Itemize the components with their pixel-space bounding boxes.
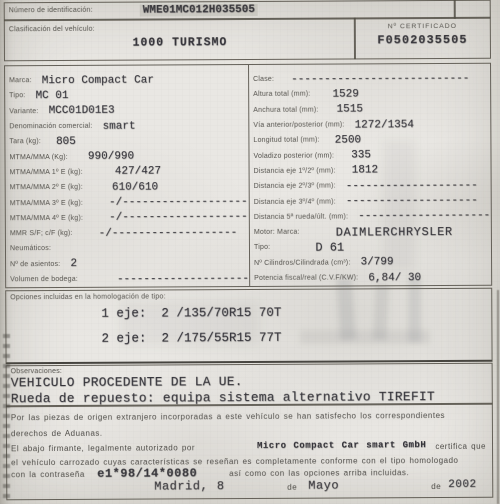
specs-left-column: Marca: Micro Compact Car Tipo: MC 01 Var… (5, 65, 249, 287)
spec-row: Distancia eje 1º/2º (mm): 1812 (250, 163, 491, 180)
spec-value: MC 01 (35, 90, 68, 102)
spec-value: -/------------------- (99, 227, 238, 240)
certificate-number-box: Nº CERTIFICADO F0502035505 (354, 17, 491, 60)
specs-right-column: Clase: --------------------------- Altur… (248, 64, 491, 286)
option-line: 2 eje: 2 /175/55R15 77T (101, 326, 281, 352)
approval-text-pre: con la contraseña (11, 470, 85, 479)
spec-label: MTMA/MMA 4º E (kg): (10, 215, 83, 222)
options-lines: 1 eje: 2 /135/70R15 70T 2 eje: 2 /175/55… (101, 301, 281, 352)
place-and-day: Madrid, 8 (154, 479, 224, 493)
date-preposition-1: de (287, 483, 297, 492)
declaration-box: Por las piezas de origen extranjero inco… (6, 403, 493, 501)
spec-row: Nº de asientos: 2 (6, 256, 249, 273)
scanned-vehicle-certificate: Número de identificación: WME01MC012H035… (0, 0, 500, 504)
spec-value: 805 (56, 136, 76, 148)
spec-value: -------------------- (117, 273, 249, 286)
spec-label: Distancia eje 2º/3º (mm): (254, 183, 336, 190)
authorization-text-pre: El abajo firmante, legalmente autorizado… (11, 443, 195, 453)
spec-label: Vía anterior/posterior (mm): (253, 122, 344, 129)
spec-label: Nº Cilindros/Cilindrada (cm³): (254, 259, 351, 267)
spec-row: Nº Cilindros/Cilindrada (cm³): 3/799 (250, 254, 491, 271)
scan-edge-vertical-marks (3, 330, 10, 498)
spec-label: MTMA/MMA (Kg): (9, 154, 67, 161)
date-line: Madrid, 8 de Mayo de 2002 (11, 481, 488, 483)
spec-label: Tara (kg): (9, 138, 41, 145)
spec-value: 1529 (332, 88, 358, 100)
observations-box: Observaciones: VEHICULO PROCEDENTE DE LA… (6, 363, 493, 408)
spec-value: DAIMLERCHRYSLER (336, 225, 453, 240)
spec-row: Altura total (mm): 1529 (249, 86, 490, 103)
spec-value: --------------------------- (291, 72, 469, 85)
spec-label: Neumáticos: (10, 245, 51, 252)
spec-label: Distancia eje 1º/2º (mm): (254, 167, 336, 174)
spec-row: Tipo: MC 01 (5, 87, 248, 104)
spec-value: 2500 (335, 134, 361, 146)
scan-right-edge-line (497, 290, 499, 504)
spec-label: Tipo: (254, 244, 270, 251)
customs-line-2: derechos de Aduanas. (11, 427, 488, 438)
spec-row: Anchura total (mm): 1515 (249, 101, 490, 118)
spec-value: smart (103, 120, 136, 132)
spec-value: 1272/1354 (354, 119, 413, 131)
spec-value: 6,84/ 30 (368, 272, 421, 284)
spec-row: Longitud total (mm): 2500 (249, 132, 490, 149)
spec-value: -------------------- (346, 195, 478, 208)
spec-row: MTMA/MMA 4º E (kg): -/------------------… (6, 210, 249, 227)
spec-value: 610/610 (112, 181, 158, 193)
spec-label: Clase: (253, 76, 274, 83)
spec-value: 427/427 (115, 166, 161, 178)
spec-value: D 61 (315, 240, 344, 254)
spec-row: Voladizo posterior (mm): 335 (249, 147, 490, 164)
classification-label: Clasificación del vehículo: (9, 26, 95, 33)
spec-label: MTMA/MMA 1º E (kg): (10, 169, 83, 176)
options-label: Opciones incluidas en la homologación de… (10, 293, 166, 301)
spec-value: 2 (70, 258, 77, 270)
spec-label: MTMA/MMA 2º E (kg): (10, 184, 83, 191)
spec-value: -------------------- (358, 210, 490, 223)
spec-row: Vía anterior/posterior (mm): 1272/1354 (249, 117, 490, 134)
spec-label: Potencia fiscal/real (C.V.F/KW): (254, 274, 358, 282)
spec-row: Distancia eje 2º/3º (mm): --------------… (250, 178, 491, 195)
spec-label: Distancia 5ª rueda/últ. (mm): (254, 213, 348, 220)
classification-box: Clasificación del vehículo: 1000 TURISMO (4, 17, 356, 61)
spec-row: Neumáticos: (6, 240, 249, 257)
spec-row: Potencia fiscal/real (C.V.F/KW): 6,84/ 3… (250, 270, 491, 287)
year: 2002 (448, 479, 476, 491)
identification-label: Número de identificación: (9, 7, 93, 14)
spec-value: -------------------- (346, 180, 478, 193)
customs-line-1: Por las piezas de origen extranjero inco… (11, 411, 488, 422)
spec-value: MCC01D01E3 (49, 105, 115, 117)
spec-row: Marca: Micro Compact Car (5, 72, 248, 89)
options-box: Opciones incluidas en la homologación de… (5, 288, 492, 365)
spec-label: MTMA/MMA 3º E (kg): (10, 199, 83, 206)
spec-label: MMR S/F; c/F (kg): (10, 230, 73, 237)
spec-value: 335 (351, 149, 371, 161)
specifications-box: Marca: Micro Compact Car Tipo: MC 01 Var… (4, 63, 492, 289)
spec-label: Volumen de bodega: (10, 276, 78, 283)
spec-label: Nº de asientos: (10, 261, 60, 268)
spec-row: MTMA/MMA 3º E (kg): -/------------------… (6, 194, 249, 211)
spec-row: Volumen de bodega: -------------------- (6, 271, 249, 288)
conformity-line: el vehículo carrozado cuyas característi… (11, 456, 488, 467)
certificate-number-value: F0502035505 (355, 33, 490, 48)
authorization-text-post: certifica que (435, 442, 486, 451)
spec-label: Anchura total (mm): (253, 106, 318, 113)
spec-label: Motor: Marca: (254, 229, 300, 236)
spec-value: 1515 (336, 104, 362, 116)
spec-value: 990/990 (88, 151, 134, 163)
spec-label: Distancia eje 3º/4º (mm): (254, 198, 336, 205)
spec-row: MTMA/MMA (Kg): 990/990 (5, 148, 248, 165)
spec-row: Distancia 5ª rueda/últ. (mm): ----------… (250, 208, 491, 225)
manufacturer-name: Micro Compact Car smart GmbH (257, 440, 426, 451)
spec-row: MMR S/F; c/F (kg): -/------------------- (6, 225, 249, 242)
spec-row: Distancia eje 3º/4º (mm): --------------… (250, 193, 491, 210)
authorization-line: El abajo firmante, legalmente autorizado… (11, 442, 488, 453)
certificate-number-label: Nº CERTIFICADO (355, 23, 490, 31)
month: Mayo (308, 479, 339, 493)
spec-value: -/------------------- (109, 196, 248, 209)
spec-label: Denominación comercial: (9, 123, 92, 130)
approval-text-post: así como con las opciones arriba incluid… (229, 468, 409, 478)
certificate-body: Número de identificación: WME01MC012H035… (0, 0, 500, 504)
spec-label: Altura total (mm): (253, 91, 310, 98)
classification-value: 1000 TURISMO (5, 35, 355, 50)
spec-row: Clase: --------------------------- (249, 71, 490, 88)
date-preposition-2: de (431, 482, 441, 491)
spec-row: MTMA/MMA 1º E (kg): 427/427 (6, 164, 249, 181)
observations-lines: VEHICULO PROCEDENTE DE LA UE. Rueda de r… (11, 373, 435, 406)
spec-value: 3/799 (360, 256, 393, 268)
spec-value: -/------------------- (109, 211, 248, 224)
spec-row: MTMA/MMA 2º E (kg): 610/610 (6, 179, 249, 196)
spec-row: Motor: Marca: DAIMLERCHRYSLER (250, 224, 491, 241)
approval-code-line: con la contraseña e1*98/14*0080 así como… (11, 468, 488, 479)
option-line: 1 eje: 2 /135/70R15 70T (101, 301, 281, 327)
spec-label: Longitud total (mm): (253, 137, 319, 144)
spec-row: Tipo: D 61 (250, 239, 491, 256)
identification-value: WME01MC012H035505 (140, 4, 258, 17)
spec-label: Voladizo posterior (mm): (253, 152, 334, 159)
spec-value: 1812 (352, 165, 378, 177)
spec-row: Variante: MCC01D01E3 (5, 103, 248, 120)
spec-value: Micro Compact Car (42, 74, 154, 87)
spec-row: Denominación comercial: smart (5, 118, 248, 135)
spec-row: Tara (kg): 805 (5, 133, 248, 150)
